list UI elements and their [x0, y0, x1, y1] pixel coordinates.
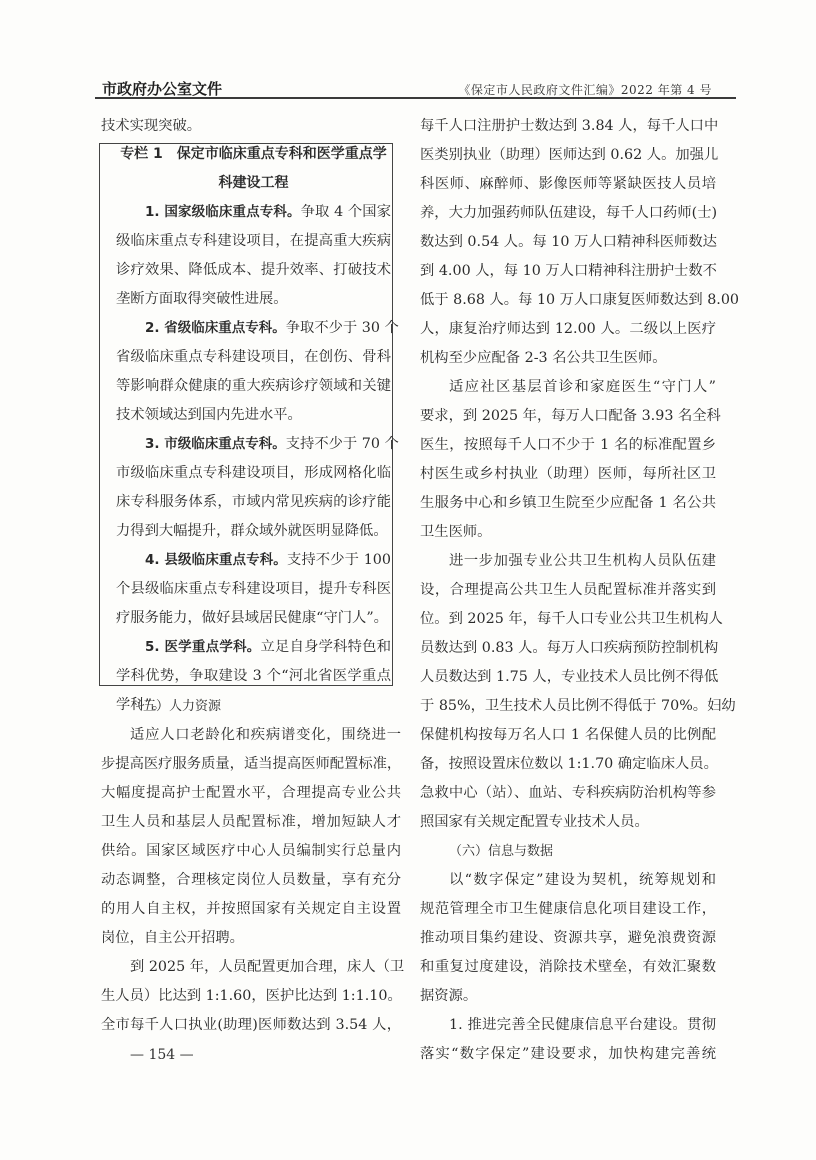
text-line: 疗服务能力，做好县域居民健康“守门人”。 — [116, 604, 391, 633]
text-line: 于 85%，卫生技术人员比例不得低于 70%。妇幼 — [420, 692, 716, 721]
header-right-title: 《保定市人民政府文件汇编》2022 年第 4 号 — [458, 81, 712, 98]
text-line: 岗位，自主公开招聘。 — [101, 924, 401, 953]
text-line: 级临床重点专科建设项目，在提高重大疾病 — [116, 227, 391, 256]
text-line: 到 4.00 人，每 10 万人口精神科注册护士数不 — [420, 257, 716, 286]
left-column-body: （五）人力资源 适应人口老龄化和疾病谱变化，围绕进一 步提高医疗服务质量，适当提… — [101, 692, 401, 1040]
box-item-4: 4. 县级临床重点专科。支持不少于 100 — [116, 546, 391, 575]
text-line: 养，大力加强药师队伍建设，每千人口药师(士) — [420, 199, 716, 228]
box-item-5: 5. 医学重点学科。立足自身学科特色和 — [116, 633, 391, 662]
text-line: 位。到 2025 年，每千人口专业公共卫生机构人 — [420, 605, 716, 634]
left-column-top: 技术实现突破。 — [101, 112, 401, 141]
box-item-text: 争取 4 个国家 — [301, 204, 391, 220]
text-line: 市级临床重点专科建设项目，形成网格化临 — [116, 459, 391, 488]
text-line: 技术领域达到国内先进水平。 — [116, 401, 391, 430]
box-item-text: 争取不少于 30 个 — [286, 320, 399, 336]
text-line: 床专科服务体系，市域内常见疾病的诊疗能 — [116, 488, 391, 517]
text-line: 垄断方面取得突破性进展。 — [116, 285, 391, 314]
box-item-3: 3. 市级临床重点专科。支持不少于 70 个 — [116, 430, 391, 459]
box-item-heading: 5. 医学重点学科。 — [145, 639, 261, 655]
text-line: 技术实现突破。 — [101, 112, 401, 141]
text-line: 保健机构按每万名人口 1 名保健人员的比例配 — [420, 721, 716, 750]
text-line: 个县级临床重点专科建设项目，提升专科医 — [116, 575, 391, 604]
text-line: 设，合理提高公共卫生人员配置标准并落实到 — [420, 576, 716, 605]
feature-box: 专栏 1 保定市临床重点专科和医学重点学 科建设工程 1. 国家级临床重点专科。… — [116, 140, 391, 720]
box-title-line-2: 科建设工程 — [116, 169, 391, 198]
header-left-title: 市政府办公室文件 — [102, 78, 222, 99]
text-line: 人员数达到 1.75 人，专业技术人员比例不得低 — [420, 663, 716, 692]
box-item-2: 2. 省级临床重点专科。争取不少于 30 个 — [116, 314, 391, 343]
box-item-heading: 3. 市级临床重点专科。 — [145, 436, 286, 452]
box-item-heading: 1. 国家级临床重点专科。 — [145, 204, 301, 220]
box-item-heading: 2. 省级临床重点专科。 — [145, 320, 286, 336]
text-line: 供给。国家区域医疗中心人员编制实行总量内 — [101, 837, 401, 866]
text-line: 人，康复治疗师达到 12.00 人。二级以上医疗 — [420, 315, 716, 344]
text-line: 卫生医师。 — [420, 518, 716, 547]
text-line: 和重复过度建设，消除技术壁垒，有效汇聚数 — [420, 953, 716, 982]
text-line: 适应社区基层首诊和家庭医生“守门人” — [420, 373, 716, 402]
text-line: 以“数字保定”建设为契机，统筹规划和 — [420, 866, 716, 895]
text-line: 步提高医疗服务质量，适当提高医师配置标准， — [101, 750, 401, 779]
text-line: 急救中心（站）、血站、专科疾病防治机构等参 — [420, 779, 716, 808]
text-line: 生人员）比达到 1:1.60，医护比达到 1:1.10。 — [101, 982, 401, 1011]
text-line: 1. 推进完善全民健康信息平台建设。贯彻 — [420, 1011, 716, 1040]
text-line: 学科优势，争取建设 3 个“河北省医学重点 — [116, 662, 391, 691]
text-line: 机构至少应配备 2-3 名公共卫生医师。 — [420, 344, 716, 373]
text-line: 到 2025 年，人员配置更加合理，床人（卫 — [101, 953, 401, 982]
text-line: 进一步加强专业公共卫生机构人员队伍建 — [420, 547, 716, 576]
text-line: 动态调整，合理核定岗位人员数量，享有充分 — [101, 866, 401, 895]
text-line: 全市每千人口执业(助理)医师数达到 3.54 人， — [101, 1011, 401, 1040]
text-line: 诊疗效果、降低成本、提升效率、打破技术 — [116, 256, 391, 285]
text-line: 医类别执业（助理）医师达到 0.62 人。加强儿 — [420, 141, 716, 170]
text-line: 力得到大幅提升，群众域外就医明显降低。 — [116, 517, 391, 546]
box-item-text: 支持不少于 100 — [287, 552, 391, 568]
section-heading-6: （六）信息与数据 — [420, 837, 716, 866]
text-line: 推动项目集约建设、资源共享，避免浪费资源 — [420, 924, 716, 953]
section-heading-5: （五）人力资源 — [101, 692, 401, 721]
page-number: — 154 — — [130, 1047, 194, 1063]
text-line: 要求，到 2025 年，每万人口配备 3.93 名全科 — [420, 402, 716, 431]
header-rule — [95, 97, 736, 99]
box-item-text: 立足自身学科特色和 — [261, 639, 391, 655]
text-line: 科医师、麻醉师、影像医师等紧缺医技人员培 — [420, 170, 716, 199]
text-line: 的用人自主权，并按照国家有关规定自主设置 — [101, 895, 401, 924]
box-title-line-1: 专栏 1 保定市临床重点专科和医学重点学 — [116, 140, 391, 169]
text-line: 适应人口老龄化和疾病谱变化，围绕进一 — [101, 721, 401, 750]
text-line: 大幅度提高护士配置水平，合理提高专业公共 — [101, 779, 401, 808]
text-line: 数达到 0.54 人。每 10 万人口精神科医师数达 — [420, 228, 716, 257]
text-line: 规范管理全市卫生健康信息化项目建设工作， — [420, 895, 716, 924]
text-line: 备，按照设置床位数以 1:1.70 确定临床人员。 — [420, 750, 716, 779]
text-line: 据资源。 — [420, 982, 716, 1011]
text-line: 省级临床重点专科建设项目，在创伤、骨科 — [116, 343, 391, 372]
text-line: 等影响群众健康的重大疾病诊疗领域和关键 — [116, 372, 391, 401]
text-line: 村医生或乡村执业（助理）医师，每所社区卫 — [420, 460, 716, 489]
text-line: 低于 8.68 人。每 10 万人口康复医师数达到 8.00 — [420, 286, 716, 315]
box-item-text: 支持不少于 70 个 — [286, 436, 399, 452]
text-line: 医生，按照每千人口不少于 1 名的标准配置乡 — [420, 431, 716, 460]
box-item-heading: 4. 县级临床重点专科。 — [145, 552, 287, 568]
text-line: 生服务中心和乡镇卫生院至少应配备 1 名公共 — [420, 489, 716, 518]
text-line: 每千人口注册护士数达到 3.84 人，每千人口中 — [420, 112, 716, 141]
right-column-body: 每千人口注册护士数达到 3.84 人，每千人口中 医类别执业（助理）医师达到 0… — [420, 112, 716, 1069]
text-line: 照国家有关规定配置专业技术人员。 — [420, 808, 716, 837]
text-line: 员数达到 0.83 人。每万人口疾病预防控制机构 — [420, 634, 716, 663]
text-line: 落实“数字保定”建设要求，加快构建完善统 — [420, 1040, 716, 1069]
text-line: 卫生人员和基层人员配置标准，增加短缺人才 — [101, 808, 401, 837]
box-item-1: 1. 国家级临床重点专科。争取 4 个国家 — [116, 198, 391, 227]
